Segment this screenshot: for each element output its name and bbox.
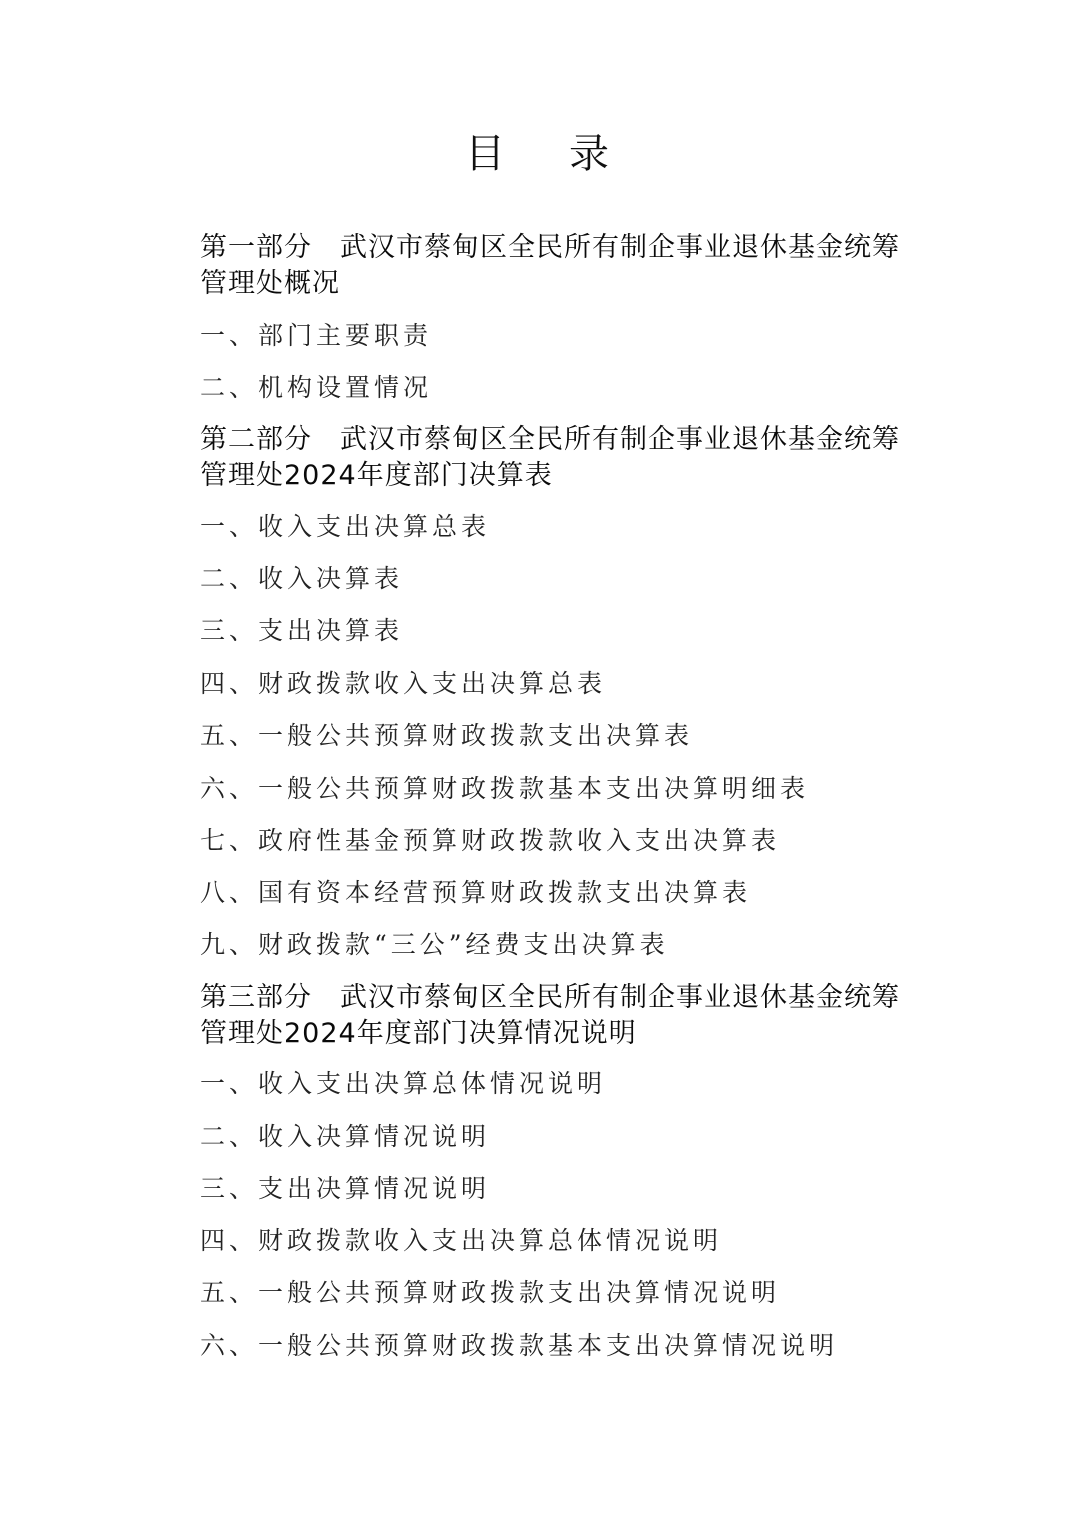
- toc-item[interactable]: 四、财政拨款收入支出决算总表: [200, 668, 606, 700]
- toc-item[interactable]: 一、收入支出决算总体情况说明: [200, 1068, 606, 1100]
- toc-item[interactable]: 四、财政拨款收入支出决算总体情况说明: [200, 1225, 722, 1257]
- toc-item[interactable]: 七、政府性基金预算财政拨款收入支出决算表: [200, 825, 780, 857]
- toc-item[interactable]: 三、支出决算情况说明: [200, 1173, 490, 1205]
- toc-item[interactable]: 三、支出决算表: [200, 615, 403, 647]
- toc-item[interactable]: 九、财政拨款“三公”经费支出决算表: [200, 929, 669, 961]
- toc-item[interactable]: 八、国有资本经营预算财政拨款支出决算表: [200, 877, 751, 909]
- part-heading-1[interactable]: 第一部分 武汉市蔡甸区全民所有制企事业退休基金统筹管理处概况: [200, 230, 900, 302]
- toc-item[interactable]: 一、部门主要职责: [200, 320, 432, 352]
- toc-item[interactable]: 六、一般公共预算财政拨款基本支出决算情况说明: [200, 1330, 838, 1362]
- toc-item[interactable]: 五、一般公共预算财政拨款支出决算情况说明: [200, 1277, 780, 1309]
- toc-item[interactable]: 二、收入决算情况说明: [200, 1121, 490, 1153]
- toc-item[interactable]: 二、收入决算表: [200, 563, 403, 595]
- part-heading-3[interactable]: 第三部分 武汉市蔡甸区全民所有制企事业退休基金统筹管理处2024年度部门决算情况…: [200, 980, 900, 1052]
- page-title: 目录: [0, 128, 1074, 180]
- part-heading-2[interactable]: 第二部分 武汉市蔡甸区全民所有制企事业退休基金统筹管理处2024年度部门决算表: [200, 422, 900, 494]
- toc-item[interactable]: 六、一般公共预算财政拨款基本支出决算明细表: [200, 773, 809, 805]
- toc-item[interactable]: 五、一般公共预算财政拨款支出决算表: [200, 720, 693, 752]
- toc-item[interactable]: 二、机构设置情况: [200, 372, 432, 404]
- toc-item[interactable]: 一、收入支出决算总表: [200, 511, 490, 543]
